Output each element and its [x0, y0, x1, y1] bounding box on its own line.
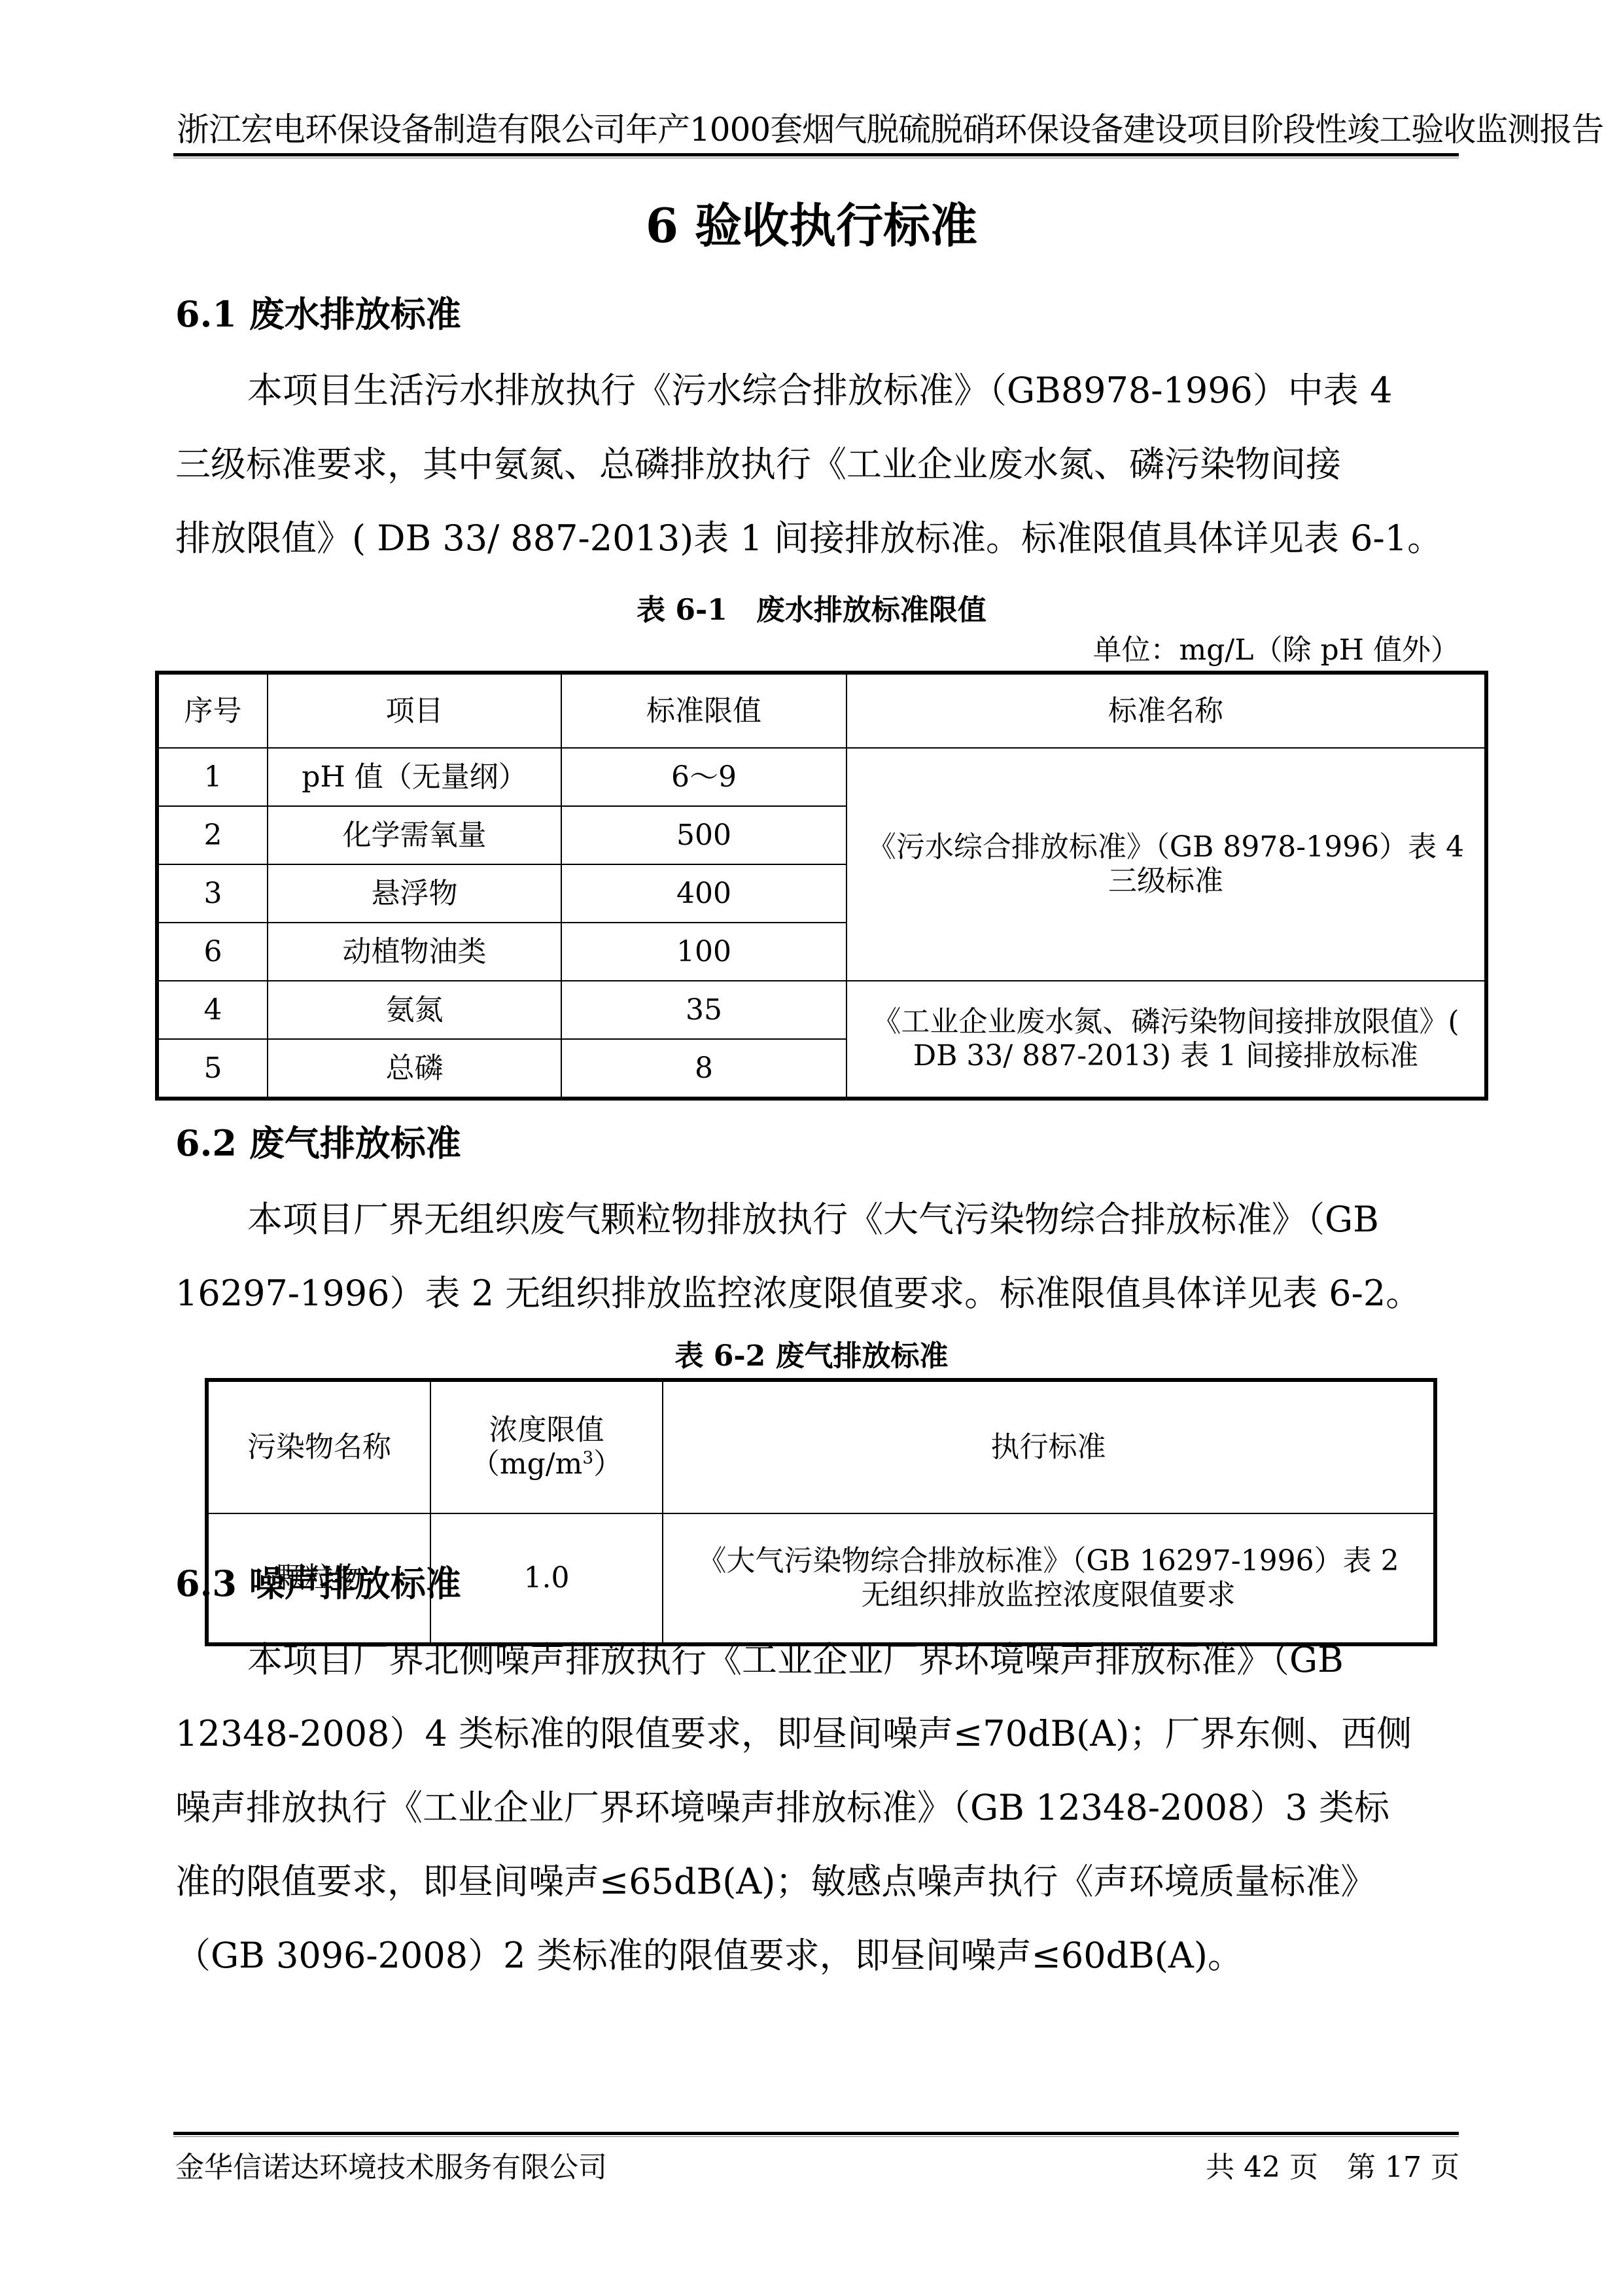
header-standard: 标准名称: [846, 673, 1486, 748]
unit-prefix: （mg/m: [471, 1447, 582, 1481]
table-header-row: 序号 项目 标准限值 标准名称: [157, 673, 1486, 748]
cell-no: 1: [157, 748, 268, 806]
paragraph-line: 12348-2008）4 类标准的限值要求，即昼间噪声≤70dB(A)；厂界东侧…: [175, 1697, 1459, 1771]
unit-superscript: 3: [582, 1447, 593, 1468]
header-pollutant: 污染物名称: [207, 1380, 430, 1513]
section-title-6-1: 6.1 废水排放标准: [175, 291, 461, 337]
cell-item: pH 值（无量纲）: [268, 748, 561, 806]
page-number: 共 42 页 第 17 页: [1206, 2149, 1459, 2186]
header-concentration-limit: 浓度限值 （mg/m3）: [430, 1380, 663, 1513]
section-title-6-2: 6.2 废气排放标准: [175, 1120, 461, 1166]
paragraph-line: 本项目生活污水排放执行《污水综合排放标准》（GB8978-1996）中表 4: [175, 353, 1459, 427]
paragraph-line: 噪声排放执行《工业企业厂界环境噪声排放标准》（GB 12348-2008）3 类…: [175, 1771, 1459, 1845]
header-divider: [173, 153, 1459, 156]
cell-standard-group-2: 《工业企业废水氮、磷污染物间接排放限值》( DB 33/ 887-2013) 表…: [846, 981, 1486, 1099]
table-row: 4 氨氮 35 《工业企业废水氮、磷污染物间接排放限值》( DB 33/ 887…: [157, 981, 1486, 1039]
header-standard: 执行标准: [663, 1380, 1435, 1513]
table-6-2-caption: 表 6-2 废气排放标准: [0, 1338, 1623, 1375]
table-row: 1 pH 值（无量纲） 6～9 《污水综合排放标准》（GB 8978-1996）…: [157, 748, 1486, 806]
wastewater-standards-table: 序号 项目 标准限值 标准名称 1 pH 值（无量纲） 6～9 《污水综合排放标…: [155, 671, 1488, 1101]
section-title-6-3: 6.3 噪声排放标准: [175, 1561, 461, 1606]
paragraph-6-3: 本项目厂界北侧噪声排放执行《工业企业厂界环境噪声排放标准》（GB: [175, 1623, 1459, 1697]
cell-no: 4: [157, 981, 268, 1039]
paragraph-6-2: 本项目厂界无组织废气颗粒物排放执行《大气污染物综合排放标准》（GB: [175, 1182, 1459, 1256]
header-limit-unit: （mg/m3）: [436, 1447, 657, 1481]
header-divider-thin: [173, 158, 1459, 158]
footer-company: 金华信诺达环境技术服务有限公司: [175, 2149, 607, 2186]
paragraph-6-3-cont: 12348-2008）4 类标准的限值要求，即昼间噪声≤70dB(A)；厂界东侧…: [175, 1697, 1459, 1992]
cell-item: 化学需氧量: [268, 806, 561, 864]
cell-limit: 8: [561, 1039, 846, 1099]
cell-no: 2: [157, 806, 268, 864]
header-limit-line1: 浓度限值: [436, 1413, 657, 1447]
paragraph-line: 本项目厂界无组织废气颗粒物排放执行《大气污染物综合排放标准》（GB: [175, 1182, 1459, 1256]
cell-item: 动植物油类: [268, 923, 561, 981]
paragraph-line: 16297-1996）表 2 无组织排放监控浓度限值要求。标准限值具体详见表 6…: [175, 1256, 1459, 1330]
footer-divider: [173, 2132, 1459, 2135]
running-header: 浙江宏电环保设备制造有限公司年产1000套烟气脱硫脱硝环保设备建设项目阶段性竣工…: [177, 110, 1452, 149]
cell-item: 总磷: [268, 1039, 561, 1099]
cell-no: 6: [157, 923, 268, 981]
chapter-title: 6 验收执行标准: [0, 196, 1623, 255]
paragraph-line: 排放限值》( DB 33/ 887-2013)表 1 间接排放标准。标准限值具体…: [175, 501, 1459, 575]
cell-limit: 35: [561, 981, 846, 1039]
cell-limit: 500: [561, 806, 846, 864]
paragraph-line: （GB 3096-2008）2 类标准的限值要求，即昼间噪声≤60dB(A)。: [175, 1918, 1459, 1992]
cell-limit: 6～9: [561, 748, 846, 806]
cell-limit: 400: [561, 864, 846, 923]
paragraph-line: 本项目厂界北侧噪声排放执行《工业企业厂界环境噪声排放标准》（GB: [175, 1623, 1459, 1697]
cell-standard-group-1: 《污水综合排放标准》（GB 8978-1996）表 4 三级标准: [846, 748, 1486, 981]
cell-item: 悬浮物: [268, 864, 561, 923]
header-limit: 标准限值: [561, 673, 846, 748]
footer-divider-thin: [173, 2136, 1459, 2137]
paragraph-line: 三级标准要求，其中氨氮、总磷排放执行《工业企业废水氮、磷污染物间接: [175, 427, 1459, 501]
paragraph-6-1-cont: 三级标准要求，其中氨氮、总磷排放执行《工业企业废水氮、磷污染物间接 排放限值》(…: [175, 427, 1459, 575]
cell-item: 氨氮: [268, 981, 561, 1039]
paragraph-6-2-cont: 16297-1996）表 2 无组织排放监控浓度限值要求。标准限值具体详见表 6…: [175, 1256, 1459, 1330]
header-item: 项目: [268, 673, 561, 748]
paragraph-line: 准的限值要求，即昼间噪声≤65dB(A)；敏感点噪声执行《声环境质量标准》: [175, 1845, 1459, 1918]
unit-suffix: ）: [593, 1447, 622, 1481]
cell-no: 3: [157, 864, 268, 923]
header-no: 序号: [157, 673, 268, 748]
table-6-1-caption: 表 6-1 废水排放标准限值: [0, 592, 1623, 629]
table-6-1-unit: 单位：mg/L（除 pH 值外）: [1093, 632, 1459, 669]
paragraph-6-1: 本项目生活污水排放执行《污水综合排放标准》（GB8978-1996）中表 4: [175, 353, 1459, 427]
cell-no: 5: [157, 1039, 268, 1099]
table-header-row: 污染物名称 浓度限值 （mg/m3） 执行标准: [207, 1380, 1435, 1513]
cell-limit: 100: [561, 923, 846, 981]
